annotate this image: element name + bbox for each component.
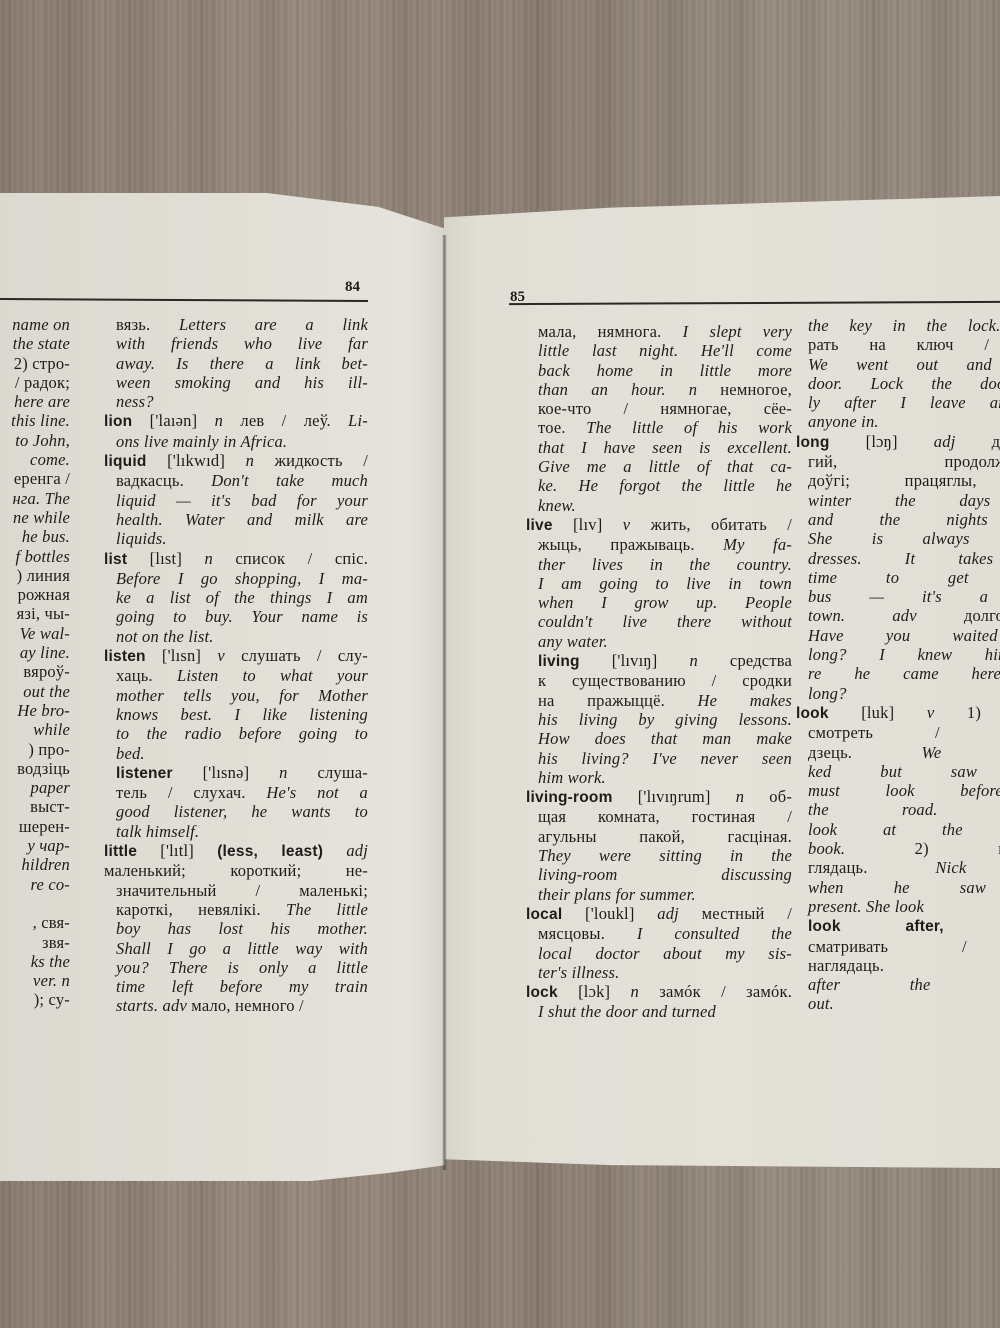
- edge-line: [0, 894, 70, 913]
- example: liquids.: [116, 529, 167, 548]
- entry-line: present. She look: [796, 897, 1000, 916]
- entry-line: their plans for summer.: [526, 885, 792, 904]
- headword: listen: [104, 648, 146, 665]
- headword: listener: [116, 765, 173, 782]
- translation: кароткі, невялікі.: [116, 900, 286, 919]
- entry-line: mother tells you, for Mother: [104, 686, 368, 705]
- edge-line: ks the: [0, 952, 70, 971]
- edge-line: to John,: [0, 431, 70, 450]
- example: ons live mainly in Africa.: [116, 432, 287, 451]
- entry-line: ter's illness.: [526, 963, 792, 982]
- translation: 1) смотр: [967, 703, 1000, 722]
- part-of-speech: v: [927, 703, 935, 722]
- edge-line: ) про-: [0, 740, 70, 759]
- example: their plans for summer.: [538, 885, 696, 904]
- edge-line: he bus.: [0, 527, 70, 546]
- translation: мала, нямнога.: [538, 322, 683, 341]
- example: She is always wearin: [808, 529, 1000, 548]
- example: going to buy. Your name is: [116, 607, 368, 626]
- entry-line: little ['lıtl] (less, least) adj маленьк…: [104, 841, 368, 881]
- translation: маленький; короткий; не-: [104, 861, 368, 880]
- translation: щая комната, гостиная /: [538, 807, 792, 826]
- example: ke. He forgot the little he: [538, 476, 792, 495]
- entry-line: talk himself.: [104, 822, 368, 841]
- headword: long: [796, 434, 830, 451]
- example: ness?: [116, 392, 154, 411]
- entry-line: кое-что / нямногае, сёе-: [526, 399, 792, 418]
- entry-line: town. adv долго /: [796, 606, 1000, 625]
- translation: средства: [730, 651, 792, 670]
- example: He makes: [698, 691, 792, 710]
- headword: look: [796, 705, 829, 722]
- entry-line: going to buy. Your name is: [104, 607, 368, 626]
- pronunciation: ['laıən]: [150, 411, 198, 430]
- entry-line: living-room discussing: [526, 865, 792, 884]
- pronunciation: ['lıvıŋ]: [612, 651, 658, 670]
- example: door. Lock the door ca: [808, 374, 1000, 393]
- entry-line: his living? I've never seen: [526, 749, 792, 768]
- example: Don't take much: [211, 471, 368, 490]
- example: ween smoking and his ill-: [116, 373, 368, 392]
- translation: список / спіс.: [235, 549, 368, 568]
- entry-line: How does that man make: [526, 729, 792, 748]
- entry-line: knows best. I like listening: [104, 705, 368, 724]
- edge-line: here are: [0, 392, 70, 411]
- part-of-speech: n: [689, 651, 697, 670]
- entry-line: must look before y: [796, 781, 1000, 800]
- example: away. Is there a link bet-: [116, 354, 368, 373]
- example: boy has lost his mother.: [116, 919, 368, 938]
- entry-line: living-room ['lıvıŋrum] n об-: [526, 787, 792, 807]
- entry-line: тое. The little of his work: [526, 418, 792, 437]
- entry-line: anyone in.: [796, 412, 1000, 431]
- translation: жидкость /: [275, 451, 368, 470]
- headword: list: [104, 551, 127, 568]
- example: bus — it's a long: [808, 587, 1000, 606]
- translation: гий, продолжительн: [808, 452, 1000, 471]
- translation: замóк / замóк.: [659, 982, 792, 1001]
- example: the road. Please: [808, 800, 1000, 819]
- entry-line: away. Is there a link bet-: [104, 354, 368, 373]
- example: Have you waited he: [808, 626, 1000, 645]
- translation: на пражыццё.: [538, 691, 698, 710]
- entry-line: time left before my train: [104, 977, 368, 996]
- example: ter's illness.: [538, 963, 620, 982]
- edge-line: paper: [0, 778, 70, 797]
- example: his living by giving lessons.: [538, 710, 792, 729]
- part-of-speech: adj: [934, 432, 956, 451]
- entry-line: дзець. We looked: [796, 743, 1000, 762]
- entry-line: ness?: [104, 392, 368, 411]
- translation: рать на ключ / замы: [808, 335, 1000, 354]
- translation: местный /: [702, 904, 792, 923]
- entry-line: listener ['lısnə] n слуша-: [104, 763, 368, 783]
- entry-line: look after, заботи: [796, 916, 1000, 936]
- example: The little: [286, 900, 368, 919]
- part-of-speech: n: [215, 411, 223, 430]
- translation: к существованию / сродки: [538, 671, 792, 690]
- translation: тое.: [538, 418, 586, 437]
- entry-line: I shut the door and turned: [526, 1002, 792, 1021]
- example: to the radio before going to: [116, 724, 368, 743]
- part-of-speech: adv: [892, 606, 916, 625]
- headword: live: [526, 517, 553, 534]
- translation: сматривать / ка: [808, 937, 1000, 956]
- edge-line: вяроў-: [0, 662, 70, 681]
- edge-line: ver. n: [0, 971, 70, 990]
- entry-line: local doctor about my sis-: [526, 944, 792, 963]
- example: local doctor about my sis-: [538, 944, 792, 963]
- entry-line: глядаць. Nick loo: [796, 858, 1000, 877]
- translation: доўгі; працяглы, дал: [808, 471, 1000, 490]
- left-page-number: 84: [345, 279, 360, 296]
- edge-line: Ve wal-: [0, 624, 70, 643]
- entry-line: door. Lock the door ca: [796, 374, 1000, 393]
- example: liquid — it's bad for your: [116, 491, 368, 510]
- example: Listen to what your: [177, 666, 368, 685]
- example: The little of his work: [586, 418, 792, 437]
- entry-line: ther lives in the country.: [526, 555, 792, 574]
- example: ly after I leave and do: [808, 393, 1000, 412]
- example: not on the list.: [116, 627, 214, 646]
- translation: значительный / маленькі;: [116, 881, 368, 900]
- translation: наглядаць.: [808, 956, 1000, 975]
- example: knows best. I like listening: [116, 705, 368, 724]
- pronunciation: ['loukl]: [585, 904, 634, 923]
- entry-line: ke. He forgot the little he: [526, 476, 792, 495]
- right-column-2: the key in the lock. v зрать на ключ / з…: [796, 316, 1000, 1014]
- entry-line: вадкасць. Don't take much: [104, 471, 368, 490]
- translation: агульны пакой, гасціная.: [538, 827, 792, 846]
- pronunciation: [lıv]: [573, 515, 602, 534]
- pronunciation: [luk]: [861, 703, 894, 722]
- example: his living? I've never seen: [538, 749, 792, 768]
- entry-line: the key in the lock. v з: [796, 316, 1000, 335]
- entry-line: long? I knew him lo: [796, 645, 1000, 664]
- example: out.: [808, 994, 834, 1013]
- headword: lion: [104, 413, 132, 430]
- headword: living-room: [526, 789, 613, 806]
- translation: немногое,: [697, 380, 792, 399]
- translation: хаць.: [116, 666, 177, 685]
- edge-line: hildren: [0, 855, 70, 874]
- entry-line: with friends who live far: [104, 334, 368, 353]
- example: and the nights are: [808, 510, 1000, 529]
- edge-line: ); су-: [0, 990, 70, 1009]
- translation: длинный: [992, 432, 1000, 451]
- pronunciation: ['lıvıŋrum]: [638, 787, 711, 806]
- entry-line: хаць. Listen to what your: [104, 666, 368, 685]
- part-of-speech: adv: [163, 996, 187, 1015]
- example: Before I go shopping, I ma-: [116, 569, 368, 588]
- example: ther lives in the country.: [538, 555, 792, 574]
- entry-line: сматривать / ка: [796, 937, 1000, 956]
- left-edge-column: name onthe state2) стро-/ радок;here are…: [0, 315, 70, 1010]
- edge-line: name on: [0, 315, 70, 334]
- entry-line: агульны пакой, гасціная.: [526, 827, 792, 846]
- entry-line: значительный / маленькі;: [104, 881, 368, 900]
- entry-line: back home in little more: [526, 361, 792, 380]
- edge-line: out the: [0, 682, 70, 701]
- example: bed.: [116, 744, 145, 763]
- example: present. She look: [808, 897, 924, 916]
- example: little last night. He'll come: [538, 341, 792, 360]
- example: him work.: [538, 768, 606, 787]
- example: How does that man make: [538, 729, 792, 748]
- example: ke a list of the things I am: [116, 588, 368, 607]
- example: re he came here. Wi: [808, 664, 1000, 683]
- translation: дзець.: [808, 743, 921, 762]
- entry-line: live [lıv] v жить, обитать /: [526, 515, 792, 535]
- entry-line: ween smoking and his ill-: [104, 373, 368, 392]
- example: talk himself.: [116, 822, 199, 841]
- entry-line: re he came here. Wi: [796, 664, 1000, 683]
- entry-line: кароткі, невялікі. The little: [104, 900, 368, 919]
- example: when I grow up. People: [538, 593, 792, 612]
- entry-line: They were sitting in the: [526, 846, 792, 865]
- entry-line: look [luk] v 1) смотр: [796, 703, 1000, 723]
- part-of-speech: n: [204, 549, 212, 568]
- headword: little: [104, 843, 137, 860]
- part-of-speech: n: [736, 787, 744, 806]
- example: ked but saw noth: [808, 762, 1000, 781]
- example: long?: [808, 684, 847, 703]
- entry-line: liquids.: [104, 529, 368, 548]
- example: winter the days are: [808, 491, 1000, 510]
- example: dresses. It takes me: [808, 549, 1000, 568]
- entry-line: I am going to live in town: [526, 574, 792, 593]
- entry-line: living ['lıvıŋ] n средства: [526, 651, 792, 671]
- entry-line: ly after I leave and do: [796, 393, 1000, 412]
- example: They were sitting in the: [538, 846, 792, 865]
- translation: вязь.: [116, 315, 179, 334]
- entry-line: knew.: [526, 496, 792, 515]
- translation: вадкасць.: [116, 471, 211, 490]
- example: mother tells you, for Mother: [116, 686, 368, 705]
- entry-line: ons live mainly in Africa.: [104, 432, 368, 451]
- entry-line: жыць, пражываць. My fa-: [526, 535, 792, 554]
- pronunciation: ['lısn]: [162, 646, 201, 665]
- entry-line: couldn't live there without: [526, 612, 792, 631]
- entry-line: look at the picture: [796, 820, 1000, 839]
- entry-line: bed.: [104, 744, 368, 763]
- example: good listener, he wants to: [116, 802, 368, 821]
- entry-line: тель / слухач. He's not a: [104, 783, 368, 802]
- entry-line: Have you waited he: [796, 626, 1000, 645]
- part-of-speech: adj: [657, 904, 679, 923]
- entry-line: him work.: [526, 768, 792, 787]
- translation: глядаць.: [808, 858, 935, 877]
- entry-line: dresses. It takes me: [796, 549, 1000, 568]
- headword: liquid: [104, 453, 147, 470]
- example: Give me a little of that ca-: [538, 457, 792, 476]
- translation: об-: [769, 787, 792, 806]
- translation: долго /: [917, 606, 1000, 625]
- example: than an hour.: [538, 380, 689, 399]
- translation: жыць, пражываць.: [538, 535, 723, 554]
- edge-line: язі, чы-: [0, 604, 70, 623]
- translation: слуша-: [317, 763, 368, 782]
- entry-line: and the nights are: [796, 510, 1000, 529]
- example: any water.: [538, 632, 608, 651]
- entry-line: starts. adv мало, немного /: [104, 996, 368, 1015]
- entry-line: вязь. Letters are a link: [104, 315, 368, 334]
- entry-line: Shall I go a little way with: [104, 939, 368, 958]
- entry-line: long [lɔŋ] adj длинный: [796, 432, 1000, 452]
- edge-line: f bottles: [0, 547, 70, 566]
- example: I shut the door and turned: [538, 1002, 716, 1021]
- entry-line: She is always wearin: [796, 529, 1000, 548]
- example: when he saw his: [808, 878, 1000, 897]
- entry-line: наглядаць. Pl: [796, 956, 1000, 975]
- entry-line: the road. Please: [796, 800, 1000, 819]
- example: must look before y: [808, 781, 1000, 800]
- example: book.: [808, 839, 915, 858]
- part-of-speech: adj: [346, 841, 368, 860]
- entry-line: ke a list of the things I am: [104, 588, 368, 607]
- entry-line: long?: [796, 684, 1000, 703]
- entry-line: на пражыццё. He makes: [526, 691, 792, 710]
- entry-line: мясцовы. I consulted the: [526, 924, 792, 943]
- headword: living: [538, 653, 580, 670]
- translation: слушать / слу-: [241, 646, 368, 665]
- edge-line: re co-: [0, 875, 70, 894]
- headword: local: [526, 906, 562, 923]
- edge-line: ne while: [0, 508, 70, 527]
- entry-line: when I grow up. People: [526, 593, 792, 612]
- entry-line: time to get there.: [796, 568, 1000, 587]
- entry-line: lion ['laıən] n лев / леў. Li-: [104, 411, 368, 431]
- edge-line: рожная: [0, 585, 70, 604]
- entry-line: liquid ['lıkwıd] n жидкость /: [104, 451, 368, 471]
- translation: тель / слухач.: [116, 783, 266, 802]
- entry-line: гий, продолжительн: [796, 452, 1000, 471]
- example: that I have seen is excellent.: [538, 438, 792, 457]
- pronunciation: ['lıtl]: [160, 841, 194, 860]
- edge-line: выст-: [0, 797, 70, 816]
- example: I slept very: [683, 322, 792, 341]
- entry-line: Give me a little of that ca-: [526, 457, 792, 476]
- part-of-speech: n: [689, 380, 697, 399]
- entry-line: his living by giving lessons.: [526, 710, 792, 729]
- book-gutter: [442, 235, 447, 1170]
- edge-line: , свя-: [0, 913, 70, 932]
- part-of-speech: n: [246, 451, 254, 470]
- entry-line: к существованию / сродки: [526, 671, 792, 690]
- example: after the children: [808, 975, 1000, 994]
- translation: лев / леў.: [240, 411, 348, 430]
- entry-line: you? There is only a little: [104, 958, 368, 977]
- example: Shall I go a little way with: [116, 939, 368, 958]
- entry-line: щая комната, гостиная /: [526, 807, 792, 826]
- entry-line: after the children: [796, 975, 1000, 994]
- example: anyone in.: [808, 412, 879, 431]
- part-of-speech: n: [631, 982, 639, 1001]
- edge-line: ) линия: [0, 566, 70, 585]
- entry-line: We went out and locke: [796, 355, 1000, 374]
- entry-line: health. Water and milk are: [104, 510, 368, 529]
- headword: lock: [526, 984, 558, 1001]
- pronunciation: [lɔk]: [578, 982, 610, 1001]
- example: I consulted the: [637, 924, 792, 943]
- edge-line: водзіць: [0, 759, 70, 778]
- translation: 2) выгляде: [915, 839, 1000, 858]
- entry-line: not on the list.: [104, 627, 368, 646]
- edge-line: while: [0, 720, 70, 739]
- entry-line: ked but saw noth: [796, 762, 1000, 781]
- edge-line: He bro-: [0, 701, 70, 720]
- example: Letters are a link: [179, 315, 368, 334]
- entry-line: listen ['lısn] v слушать / слу-: [104, 646, 368, 666]
- edge-line: шерен-: [0, 817, 70, 836]
- example: We looked: [921, 743, 1000, 762]
- example: look at the picture: [808, 820, 1000, 839]
- edge-line: 2) стро-: [0, 354, 70, 373]
- entry-line: that I have seen is excellent.: [526, 438, 792, 457]
- entry-line: book. 2) выгляде: [796, 839, 1000, 858]
- edge-line: y чар-: [0, 836, 70, 855]
- pronunciation: ['lısnə]: [203, 763, 250, 782]
- example: starts.: [116, 996, 163, 1015]
- example: We went out and locke: [808, 355, 1000, 374]
- translation: жить, обитать /: [651, 515, 792, 534]
- edge-line: звя-: [0, 933, 70, 952]
- example: health. Water and milk are: [116, 510, 368, 529]
- translation: смотреть / глядзец: [808, 723, 1000, 742]
- entry-line: доўгі; працяглы, дал: [796, 471, 1000, 490]
- pronunciation: [lɔŋ]: [866, 432, 898, 451]
- entry-line: out.: [796, 994, 1000, 1013]
- example: town.: [808, 606, 892, 625]
- example: Li-: [348, 411, 368, 430]
- left-main-column: вязь. Letters are a linkwith friends who…: [104, 315, 368, 1016]
- entry-line: liquid — it's bad for your: [104, 491, 368, 510]
- right-column-1: мала, нямнога. I slept verylittle last n…: [526, 322, 792, 1022]
- example: you? There is only a little: [116, 958, 368, 977]
- word-forms: (less, least): [217, 843, 323, 860]
- example: I am going to live in town: [538, 574, 792, 593]
- example: living-room discussing: [538, 865, 792, 884]
- example: My fa-: [723, 535, 792, 554]
- entry-line: good listener, he wants to: [104, 802, 368, 821]
- entry-line: bus — it's a long: [796, 587, 1000, 606]
- entry-line: boy has lost his mother.: [104, 919, 368, 938]
- entry-line: any water.: [526, 632, 792, 651]
- entry-line: Before I go shopping, I ma-: [104, 569, 368, 588]
- example: time left before my train: [116, 977, 368, 996]
- example: knew.: [538, 496, 576, 515]
- entry-line: смотреть / глядзец: [796, 723, 1000, 742]
- pronunciation: ['lıkwıd]: [167, 451, 225, 470]
- edge-line: нга. The: [0, 489, 70, 508]
- example: He's not a: [266, 783, 368, 802]
- entry-line: little last night. He'll come: [526, 341, 792, 360]
- example: Nick loo: [935, 858, 1000, 877]
- entry-line: than an hour. n немногое,: [526, 380, 792, 399]
- part-of-speech: v: [217, 646, 225, 665]
- translation: кое-что / нямногае, сёе-: [538, 399, 792, 418]
- pronunciation: [lıst]: [150, 549, 182, 568]
- edge-line: / радок;: [0, 373, 70, 392]
- edge-line: this line.: [0, 411, 70, 430]
- entry-line: list [lıst] n список / спіс.: [104, 549, 368, 569]
- edge-line: еренга /: [0, 469, 70, 488]
- entry-line: lock [lɔk] n замóк / замóк.: [526, 982, 792, 1002]
- translation: мясцовы.: [538, 924, 637, 943]
- entry-line: winter the days are: [796, 491, 1000, 510]
- example: the key in the lock.: [808, 316, 1000, 335]
- part-of-speech: v: [623, 515, 631, 534]
